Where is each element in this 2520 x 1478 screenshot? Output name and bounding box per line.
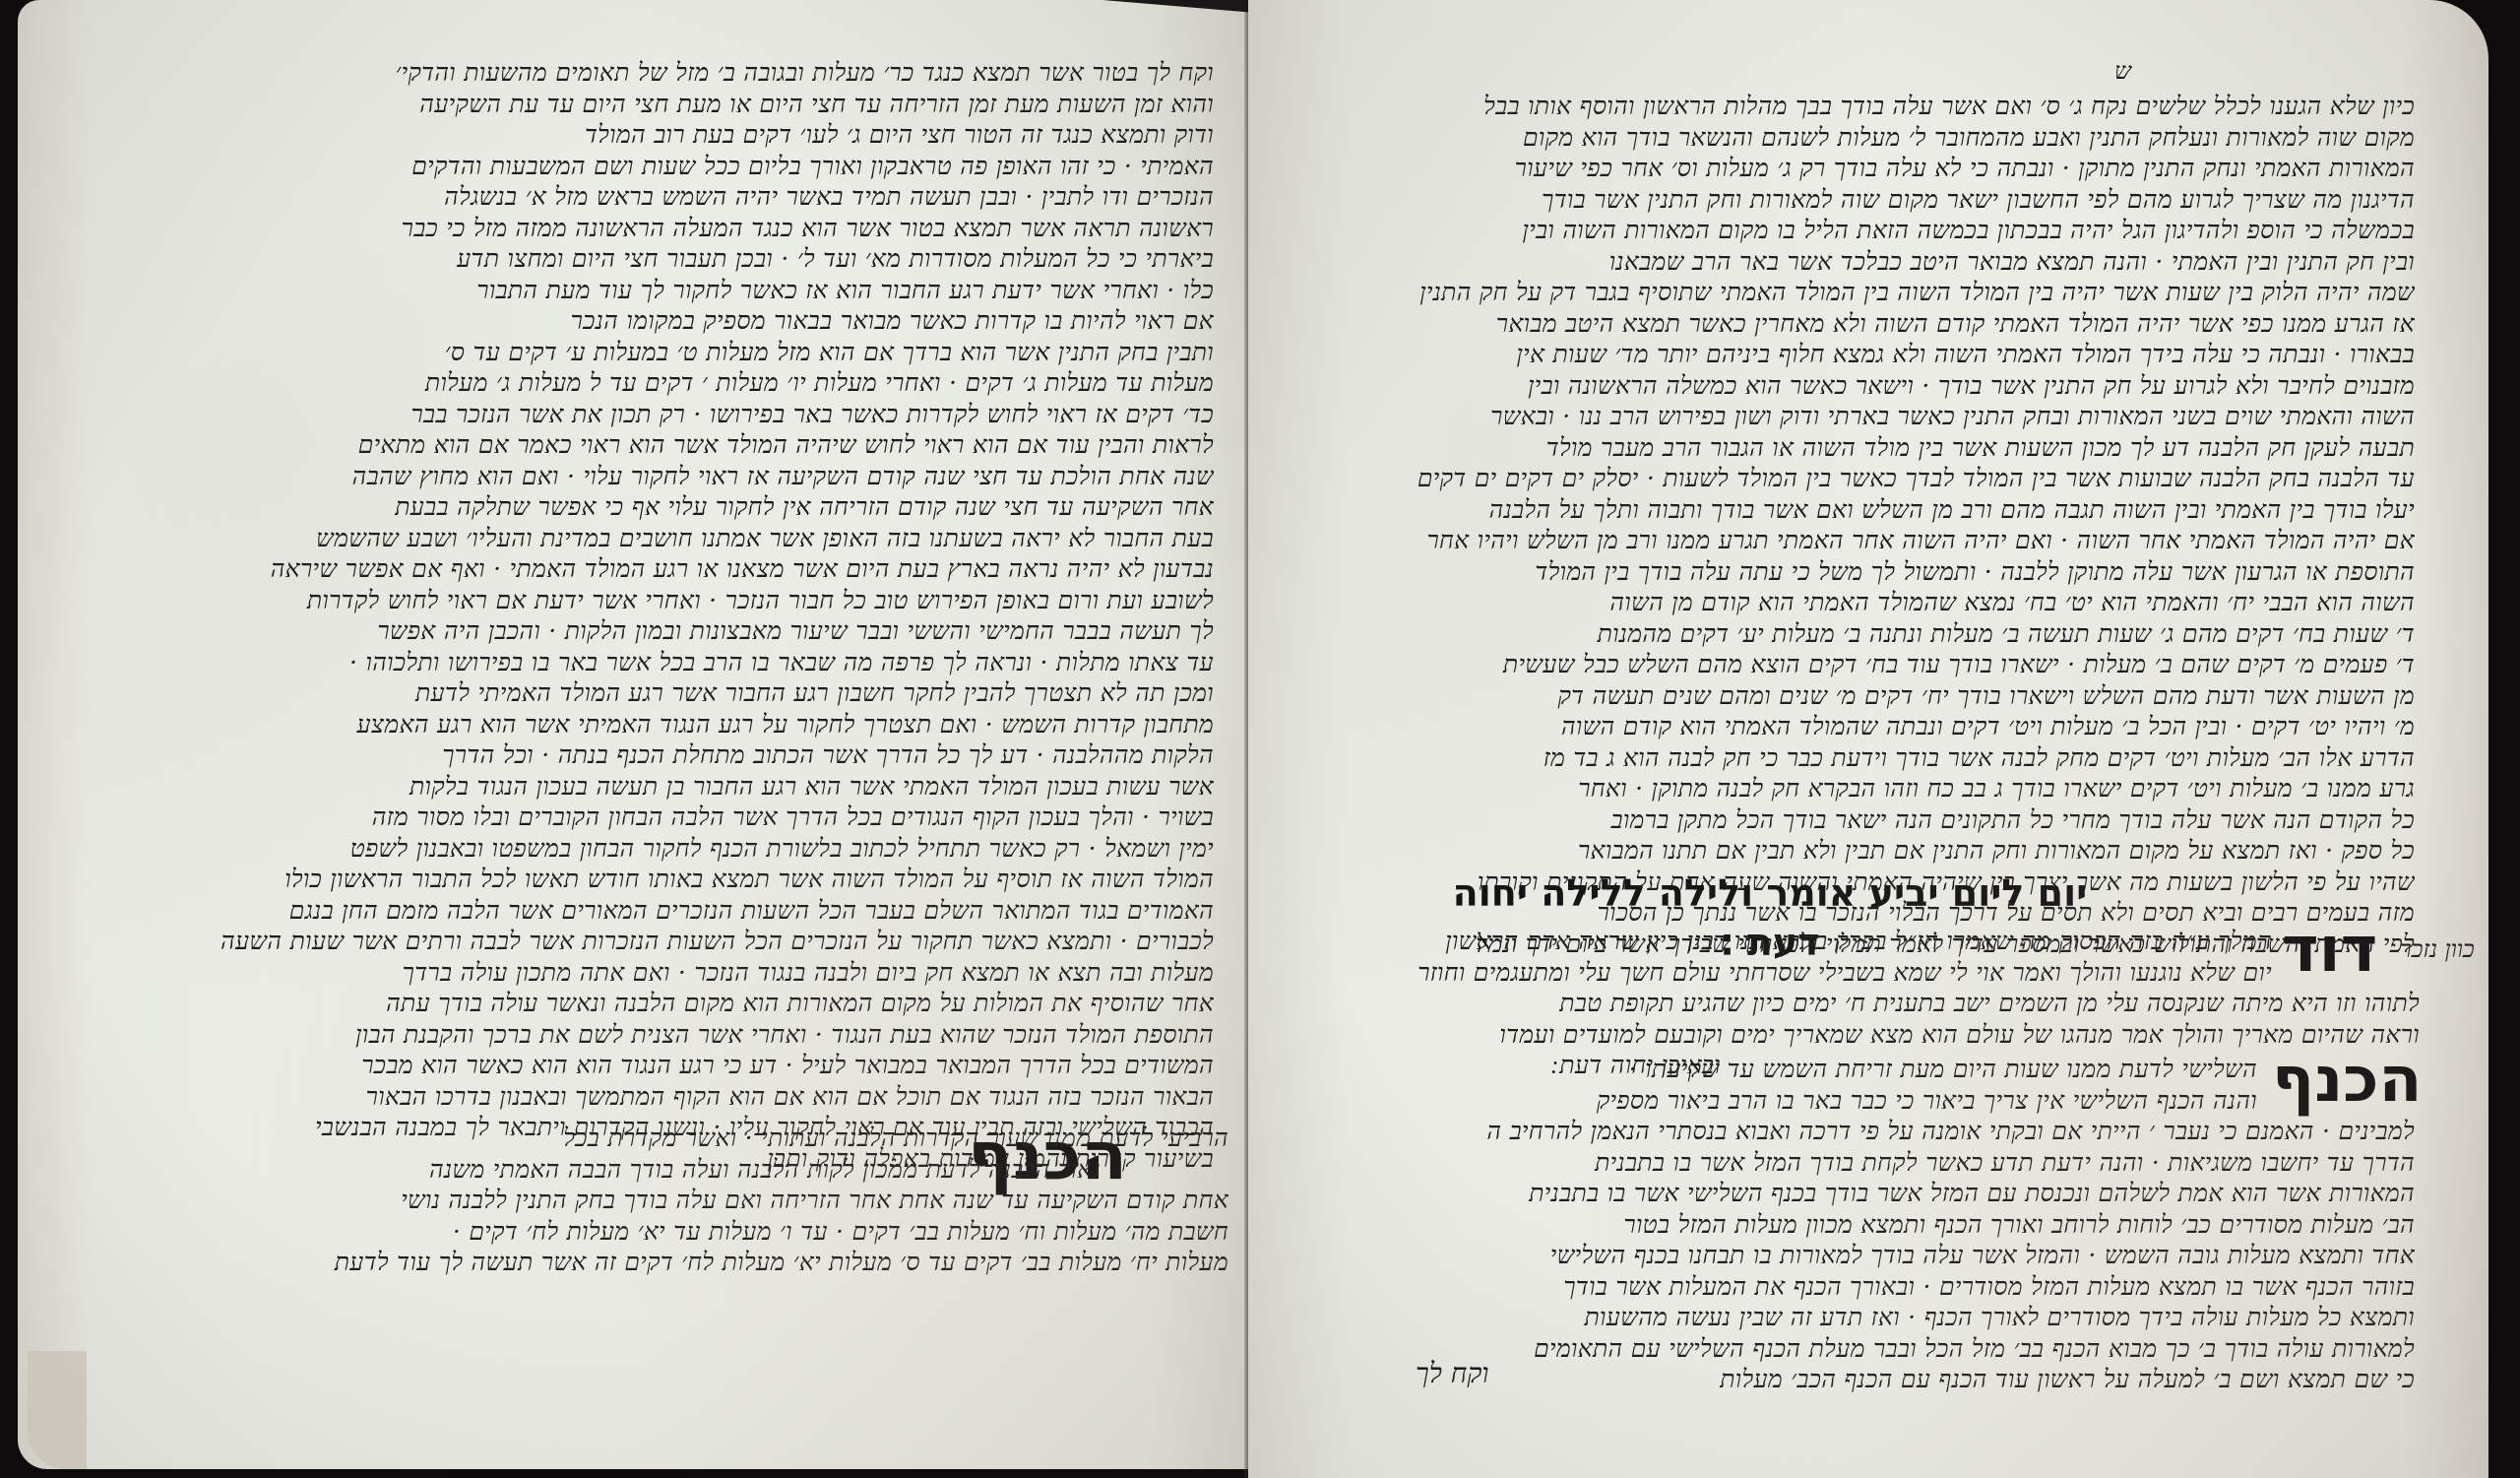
text-line: גרע ממנו ב׳ מעלות ויט׳ דקים ישארו בודך ג… <box>1381 773 2415 804</box>
text-line: והנה הכנף השלישי אין צריך ביאור כי כבר ב… <box>1430 1085 2257 1117</box>
text-line: ראשונה תראה אשר תמצא בטור אשר הוא כנגד ה… <box>141 213 1214 244</box>
text-line: התוספת או הגרעון אשר עלה מתוקן ללבנה · ו… <box>1381 556 2415 588</box>
text-line: כיון שלא הגענו לכלל שלשים נקח ג׳ ס׳ ואם … <box>1381 91 2415 122</box>
text-line: לך תעשה בבבר החמישי והששי ובבר שיעור מאב… <box>141 615 1214 647</box>
manuscript-spread: וקח לך בטור אשר תמצא כנגד כר׳ מעלות ובגו… <box>0 0 2520 1478</box>
text-line: ותבין בחק התנין אשר הוא ברדך אם הוא מזל … <box>141 337 1214 368</box>
text-line: מן השעות אשר ודעת מהם השלש וישארו בודך י… <box>1381 680 2415 712</box>
text-line: בכמשלה כי הוספ ולהדיגון הגל יהיה בבכתון … <box>1381 215 2415 246</box>
text-line: ודוק ותמצא כנגד זה הטור חצי היום ג׳ לעו׳… <box>141 119 1214 151</box>
kanaf-section-text: השלישי לדעת ממנו שעות היום מעת זריחת השמ… <box>1381 1054 2415 1395</box>
text-line: בשויר · והלך בעכון הקוף הנגודים בכל הדרך… <box>141 802 1214 833</box>
text-line: אם ראוי להיות בו קדרות כאשר מבואר בבאור … <box>141 305 1214 337</box>
text-line: כי שם תמצא ושם ב׳ למעלה על ראשון עוד הכנ… <box>1381 1364 2415 1395</box>
text-line: תבעה לעקן חק הלבנה דע לך מכון השעות אשר … <box>1381 432 2415 464</box>
right-page-main-text: כיון שלא הגענו לכלל שלשים נקח ג׳ ס׳ ואם … <box>1381 91 2415 959</box>
text-line: כל הקודם הנה אשר עלה בודך מחרי כל התקוני… <box>1381 804 2415 836</box>
text-line: הדרע אלו הב׳ מעלות ויט׳ דקים מחק לבנה אש… <box>1381 742 2415 774</box>
text-line: לכבורים · ותמצא כאשר תחקור על הנזכרים הכ… <box>141 926 1214 957</box>
left-page-kanaf-section: הרביעי לדעת ממנו שעור הקדרות הלבנה ועתות… <box>156 1123 1228 1278</box>
text-line: אחד ותמצא מעלות גובה השמש · והמזל אשר על… <box>1381 1240 2415 1271</box>
page-top-mark: ש <box>2114 57 2131 86</box>
text-line: גאור הלבנה לדעת ממכון לקות הלבנה ועלה בו… <box>274 1154 1101 1186</box>
text-line: שנה אחת הולכת עד חצי שנה קודם השקיעה אז … <box>141 461 1214 492</box>
text-line: הדרך עד יחשבו משגיאות · והנה ידעת תדע כא… <box>1381 1147 2415 1179</box>
text-line: השוה הוא הבבי יח׳ והאמתי הוא יט׳ בח׳ נמצ… <box>1381 587 2415 618</box>
text-line: כל ספק · ואז תמצא על מקום המאורות וחק הת… <box>1381 835 2415 867</box>
right-page: ש כיון שלא הגענו לכלל שלשים נקח ג׳ ס׳ וא… <box>1248 0 2488 1478</box>
text-line: לתוהו וזו היא מיתה שנקנסה עלי מן השמים י… <box>1396 988 2420 1019</box>
text-line: ובין חק התנין ובין האמתי · והנה תמצא מבו… <box>1381 246 2415 278</box>
text-line: לראות והבין עוד אם הוא ראוי לחוש שיהיה ה… <box>141 429 1214 461</box>
text-line: יעלו בודך בין האמתי ובין השוה תגבה מהם ו… <box>1381 494 2415 526</box>
text-line: האמודים בגוד המתואר השלם בעבר הכל השעות … <box>141 895 1214 927</box>
text-line: מזבנוים לחיבר ולא לגרוע על חק התנין אשר … <box>1381 370 2415 402</box>
text-line: המאורות אשר הוא אמת לשלהם ונכנסת עם המזל… <box>1381 1178 2415 1209</box>
text-line: ימין ושמאל · רק כאשר תתחיל לכתוב בלשורת … <box>141 833 1214 865</box>
text-line: למבינים · האמנם כי נעבר ׳ הייתי אם ובקתי… <box>1381 1116 2415 1147</box>
text-line: המולד השוה אז תוסיף על המולד השוה אשר תמ… <box>141 864 1214 895</box>
page-corner-fold <box>28 1351 87 1469</box>
text-line: אז הגרע ממנו כפי אשר יהיה המולד האמתי קו… <box>1381 308 2415 340</box>
text-line: יום שלא נוגנעו והולך ואמר אוי לי שמא בשב… <box>1396 957 2272 989</box>
text-line: שמה יהיה הלוק בין שעות אשר יהיה בין המול… <box>1381 277 2415 308</box>
text-line: מעלות יח׳ מעלות בב׳ דקים עד ס׳ מעלות יא׳… <box>156 1247 1228 1278</box>
text-line: אחר השקיעה עד חצי שנה קודם הזריחה אין לח… <box>141 491 1214 523</box>
text-line: מעלות עד מעלות ג׳ דקים · ואחרי מעלות יו׳… <box>141 367 1214 399</box>
text-line: ותמצא כל מעלות עולה בידך מסודרים לאורך ה… <box>1381 1302 2415 1333</box>
text-line: ביארתי כי כל המעלות מסודרות מא׳ ועד ל׳ ·… <box>141 243 1214 275</box>
text-line: המלך ע״ה בזה הפסוק מה שאמרו חז״ל בפרק בת… <box>1396 926 2272 957</box>
text-line: הנזכרים ודו לתבין · ובבן תעשה תמיד באשר … <box>141 181 1214 213</box>
text-line: וקח לך בטור אשר תמצא כנגד כר׳ מעלות ובגו… <box>141 57 1214 89</box>
text-line: עד הלבנה בחק הלבנה שבועות אשר בין המולד … <box>1381 463 2415 494</box>
text-line: התוספת המולד הנזכר שהוא בעת הנגוד · ואחר… <box>141 1019 1214 1051</box>
margin-note: כוון נזכר <box>2400 935 2475 964</box>
text-line: מתחבון קדרות השמש · ואם תצטרך לחקור על ר… <box>141 709 1214 740</box>
text-line: האמיתי · כי זהו האופן פה טראבקון ואורך ב… <box>141 151 1214 182</box>
text-line: בזוהר הכנף אשר בו תמצא מעלות המזל מסודרי… <box>1381 1271 2415 1303</box>
left-page: וקח לך בטור אשר תמצא כנגד כר׳ מעלות ובגו… <box>18 0 1248 1469</box>
text-line: וראה שהיום מאריך והולך אמר מנהגו של עולם… <box>1396 1019 2420 1051</box>
text-line: המאורות האמתי ונחק התנין מתוקן · ונבתה כ… <box>1381 153 2415 184</box>
text-line: השוה והאמתי שוים בשני המאורות ובחק התנין… <box>1381 401 2415 432</box>
text-line: למאורות עולה בודך ב׳ כך מבוא הכנף בב׳ מז… <box>1381 1333 2415 1365</box>
text-line: אשר עשות בעכון המולד האמתי אשר הוא רגע ה… <box>141 771 1214 803</box>
text-line: עד צאתו מתלות · ונראה לך פרפה מה שבאר בו… <box>141 647 1214 678</box>
text-line: הבאור הנזכר בזה הנגוד אם תוכל אם הוא אם … <box>141 1081 1214 1113</box>
text-line: מעלות ובה תצא או תמצא חק ביום ולבנה בנגו… <box>141 957 1214 989</box>
text-line: אחר שהוסיף את המולות על מקום המאורות הוא… <box>141 988 1214 1019</box>
text-line: בבאורו · ונבתה כי עלה בידך המולד האמתי ה… <box>1381 339 2415 370</box>
text-line: מקום שוה למאורות ונעלחק התנין ואבע מהמחו… <box>1381 122 2415 154</box>
catchword: וקח לך <box>1416 1357 1488 1390</box>
text-line: המשודים בכל הדרך המבואר במבואר לעיל · דע… <box>141 1050 1214 1081</box>
text-line: הב׳ מעלות מסודרים כב׳ לוחות לרוחב ואורך … <box>1381 1209 2415 1241</box>
text-line: אם יהיה המולד האמתי אחר השוה · ואם יהיה … <box>1381 525 2415 556</box>
text-line: השלישי לדעת ממנו שעות היום מעת זריחת השמ… <box>1470 1054 2257 1085</box>
text-line: לשובע ועת ורום באופן הפירוש טוב כל חבור … <box>141 585 1214 616</box>
text-line: חשבת מה׳ מעלות וח׳ מעלות בב׳ דקים · עד ו… <box>156 1216 1228 1248</box>
text-line: כד׳ דקים אז ראוי לחוש לקדרות כאשר באר בפ… <box>141 399 1214 430</box>
text-line: בעת החבור לא יראה בשעתנו בזה האופן אשר א… <box>141 523 1214 554</box>
text-line: הלקות מההלבנה · דע לך כל הדרך אשר הכתוב … <box>141 739 1214 771</box>
text-line: מ׳ ויהיו יט׳ דקים · ובין הכל ב׳ מעלות וי… <box>1381 711 2415 742</box>
section-heading-david: דוד <box>2282 916 2377 985</box>
text-line: הרביעי לדעת ממנו שעור הקדרות הלבנה ועתות… <box>421 1123 1228 1154</box>
text-line: הדיגנון מה שצריך לגרוע מהם לפי החשבון יש… <box>1381 184 2415 216</box>
text-line: כלו · ואחרי אשר ידעת רגע החבור הוא אז כא… <box>141 275 1214 306</box>
text-line: ומכן תה לא תצטרך להבין לחקר חשבון רגע הח… <box>141 677 1214 709</box>
text-line: ד׳ שעות בח׳ דקים מהם ג׳ שעות תעשה ב׳ מעל… <box>1381 618 2415 650</box>
text-line: נבדעון לא יהיה נראה בארץ בעת היום אשר מצ… <box>141 553 1214 585</box>
text-line: ד׳ פעמים מ׳ דקים שהם ב׳ מעלות · ישארו בו… <box>1381 649 2415 680</box>
text-line: והוא זמן השעות מעת זמן הזריחה עד חצי היו… <box>141 89 1214 120</box>
text-line: אחת קודם השקיעה עד שנה אחת אחר הזריחה וא… <box>156 1185 1228 1216</box>
left-page-main-text: וקח לך בטור אשר תמצא כנגד כר׳ מעלות ובגו… <box>141 57 1214 1174</box>
